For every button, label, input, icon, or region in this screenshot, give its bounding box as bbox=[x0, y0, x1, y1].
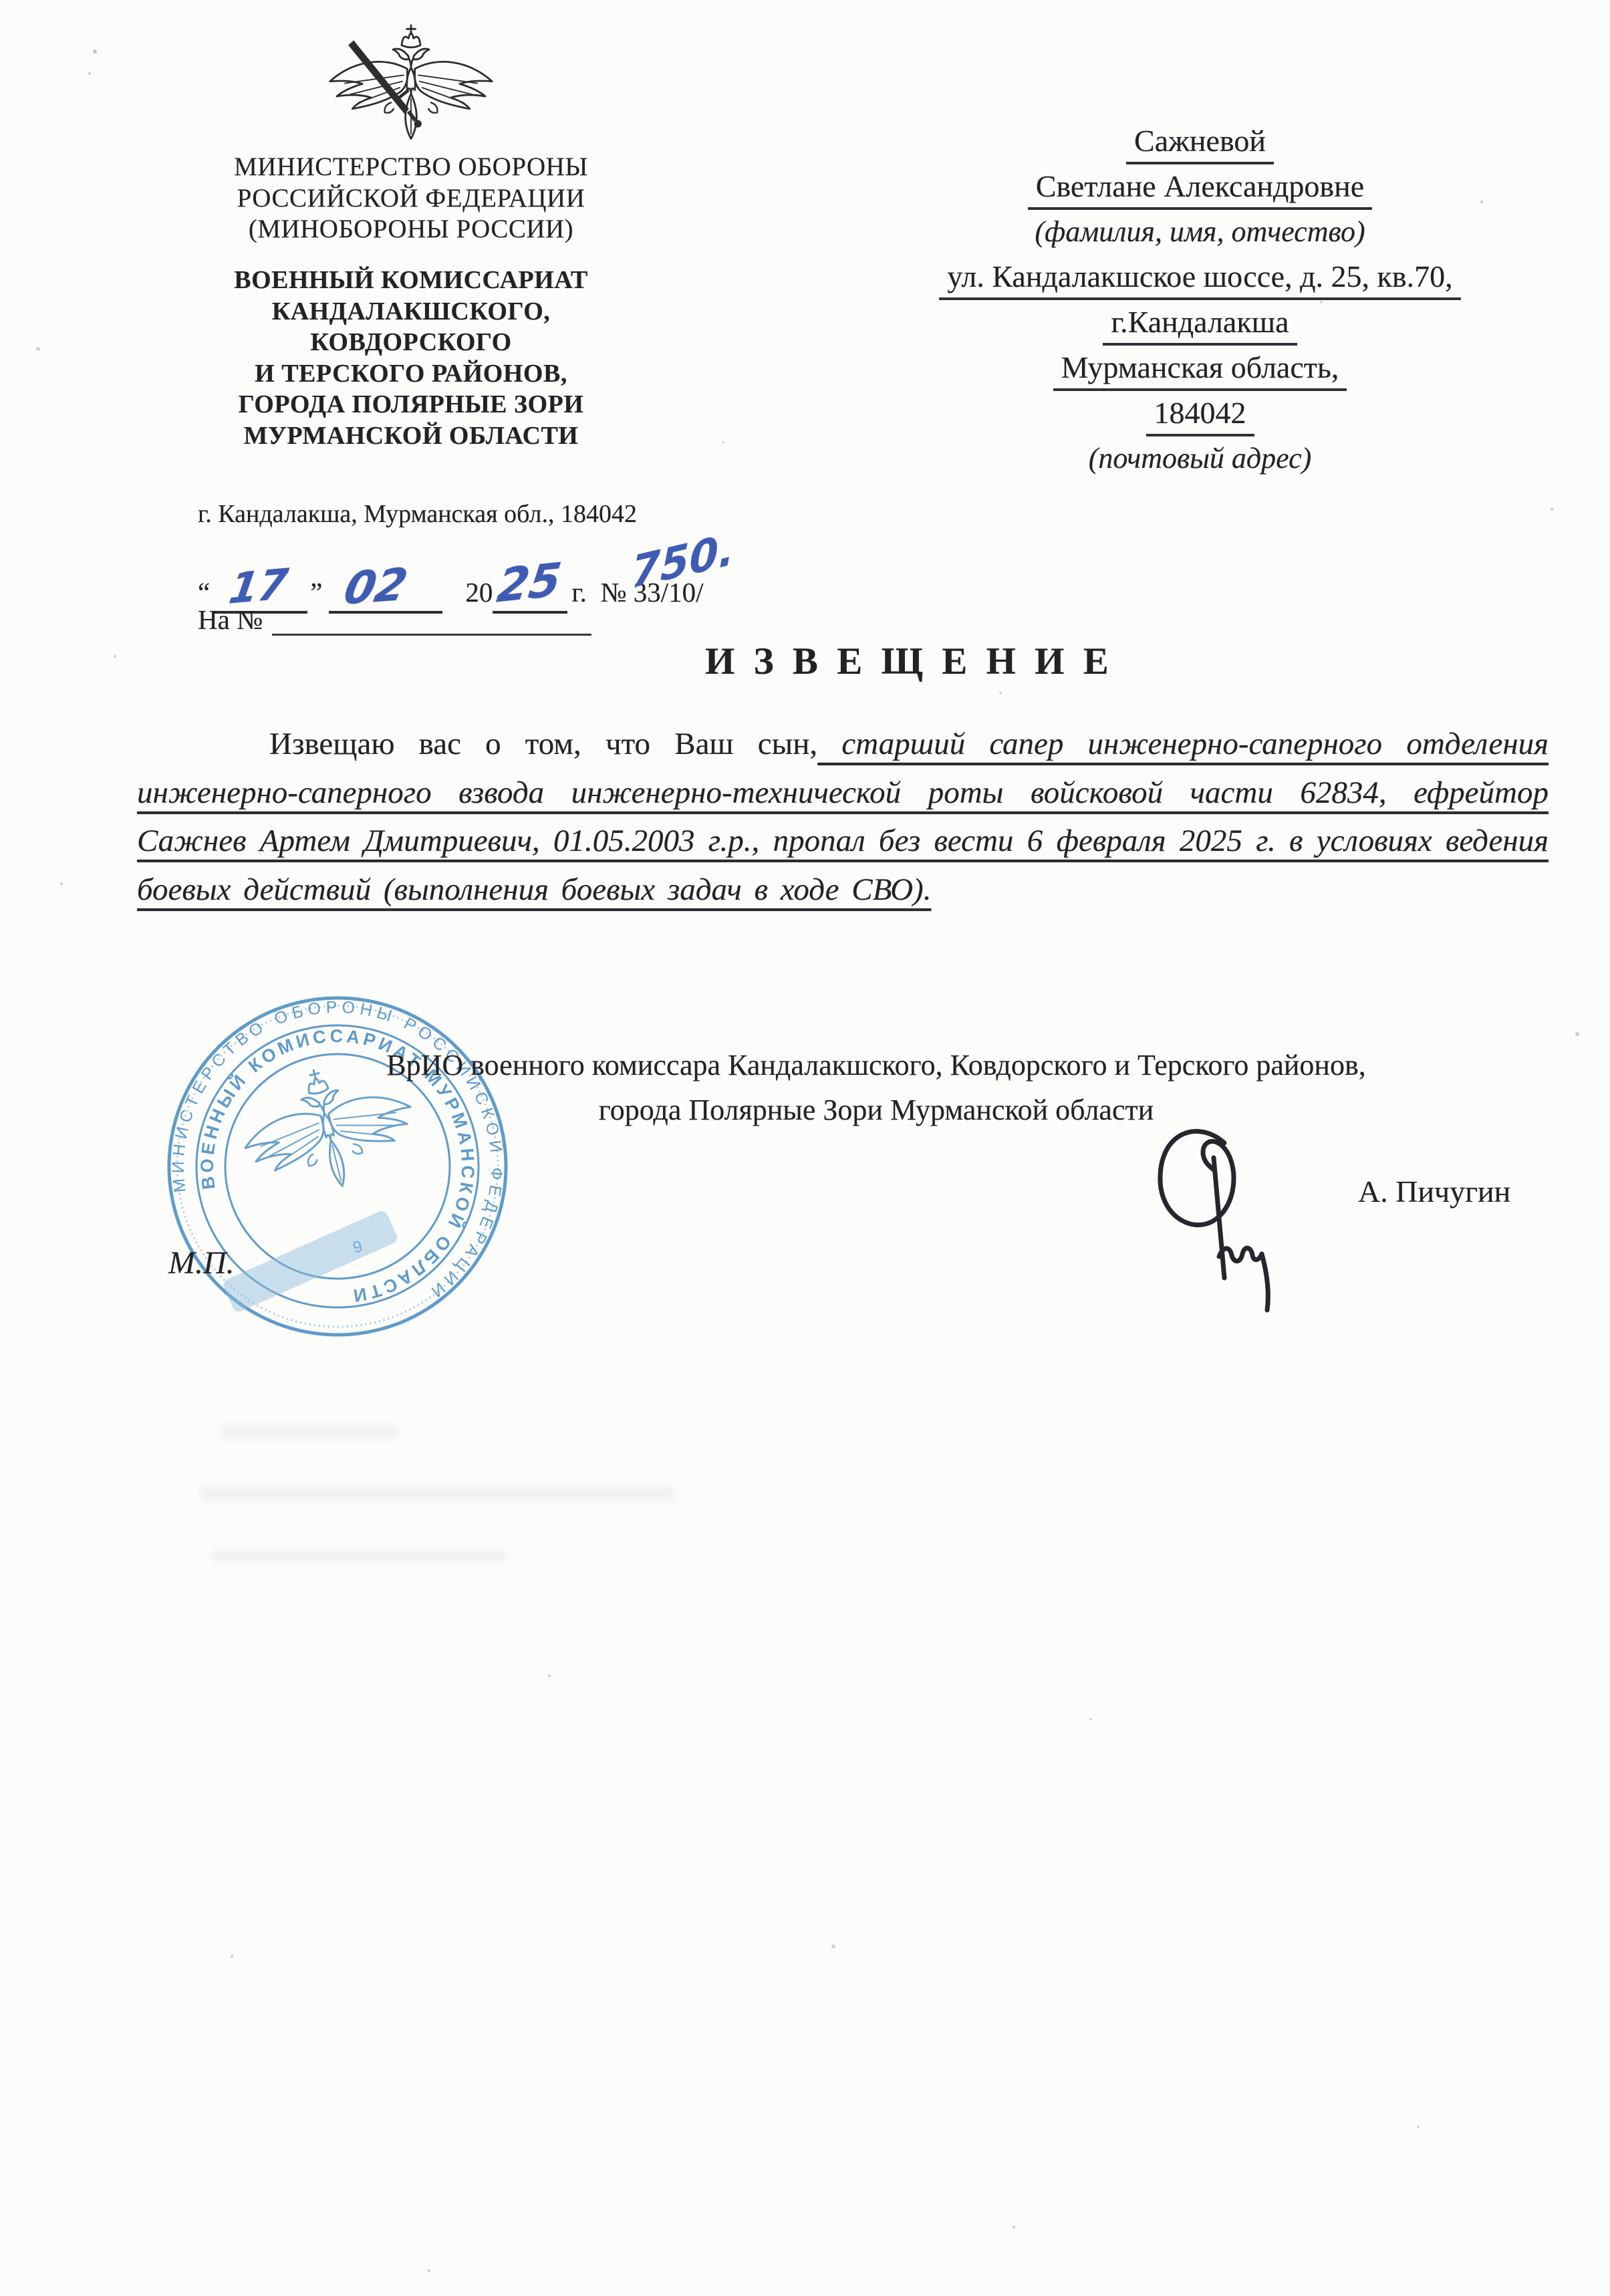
addressee-postcode: 184042 bbox=[1146, 394, 1254, 436]
scanned-letter-page: МИНИСТЕРСТВО ОБОРОНЫ РОССИЙСКОЙ ФЕДЕРАЦИ… bbox=[0, 0, 1610, 2296]
commissariat-line: ГОРОДА ПОЛЯРНЫЕ ЗОРИ bbox=[107, 389, 715, 420]
addressee-block: Сажневой Светлане Александровне (фамилия… bbox=[841, 119, 1559, 481]
addressee-name-patronymic: Светлане Александровне bbox=[1028, 167, 1372, 210]
commissariat-line: ВОЕННЫЙ КОМИССАРИАТ bbox=[107, 265, 715, 296]
signer-position-line: ВрИО военного комиссара Кандалакшского, … bbox=[207, 1043, 1545, 1088]
handwritten-signature bbox=[1144, 1118, 1311, 1318]
commissariat-line: И ТЕРСКОГО РАЙОНОВ, bbox=[107, 358, 715, 390]
scan-ghost-mark bbox=[200, 1487, 675, 1501]
commissariat-block: ВОЕННЫЙ КОМИССАРИАТ КАНДАЛАКШСКОГО, КОВД… bbox=[107, 265, 715, 451]
origin-city-line: г. Кандалакша, Мурманская обл., 184042 bbox=[198, 499, 637, 529]
ministry-line: РОССИЙСКОЙ ФЕДЕРАЦИИ bbox=[107, 183, 715, 215]
addressee-street: ул. Кандалакшское шоссе, д. 25, кв.70, bbox=[939, 257, 1460, 300]
ministry-block: МИНИСТЕРСТВО ОБОРОНЫ РОССИЙСКОЙ ФЕДЕРАЦИ… bbox=[107, 152, 715, 245]
scan-ghost-mark bbox=[221, 1426, 398, 1439]
military-commissariat-round-stamp: МИНИСТЕРСТВО ОБОРОНЫ РОССИЙСКОЙ ФЕДЕРАЦИ… bbox=[119, 948, 557, 1386]
mod-eagle-emblem-icon bbox=[304, 23, 518, 154]
addressee-name-caption: (фамилия, имя, отчество) bbox=[841, 210, 1559, 255]
addressee-region: Мурманская область, bbox=[1053, 348, 1347, 391]
reply-number-blank bbox=[272, 603, 591, 636]
signer-position-line: города Полярные Зори Мурманской области bbox=[207, 1088, 1545, 1132]
seal-placeholder-label: М.П. bbox=[168, 1245, 235, 1281]
reply-reference-row: На № bbox=[198, 603, 591, 636]
scan-ghost-mark bbox=[213, 1549, 507, 1563]
signer-position-block: ВрИО военного комиссара Кандалакшского, … bbox=[207, 1043, 1545, 1132]
signer-name: А. Пичугин bbox=[1358, 1174, 1510, 1209]
document-title: И З В Е Щ Е Н И Е bbox=[705, 640, 1113, 683]
body-lead: Извещаю вас о том, что Ваш сын, bbox=[269, 727, 817, 761]
notification-paragraph: Извещаю вас о том, что Ваш сын, старший … bbox=[137, 720, 1549, 914]
addressee-surname: Сажневой bbox=[1126, 122, 1274, 164]
ministry-line: МИНИСТЕРСТВО ОБОРОНЫ bbox=[107, 152, 715, 183]
reply-label: На № bbox=[198, 604, 263, 636]
addressee-address-caption: (почтовый адрес) bbox=[841, 436, 1559, 481]
ministry-line: (МИНОБОРОНЫ РОССИИ) bbox=[107, 214, 715, 245]
scan-speckles bbox=[0, 0, 3, 3]
commissariat-line: КОВДОРСКОГО bbox=[107, 327, 715, 358]
commissariat-line: МУРМАНСКОЙ ОБЛАСТИ bbox=[107, 420, 715, 452]
commissariat-line: КАНДАЛАКШСКОГО, bbox=[107, 296, 715, 328]
addressee-city: г.Кандалакша bbox=[1103, 303, 1297, 346]
